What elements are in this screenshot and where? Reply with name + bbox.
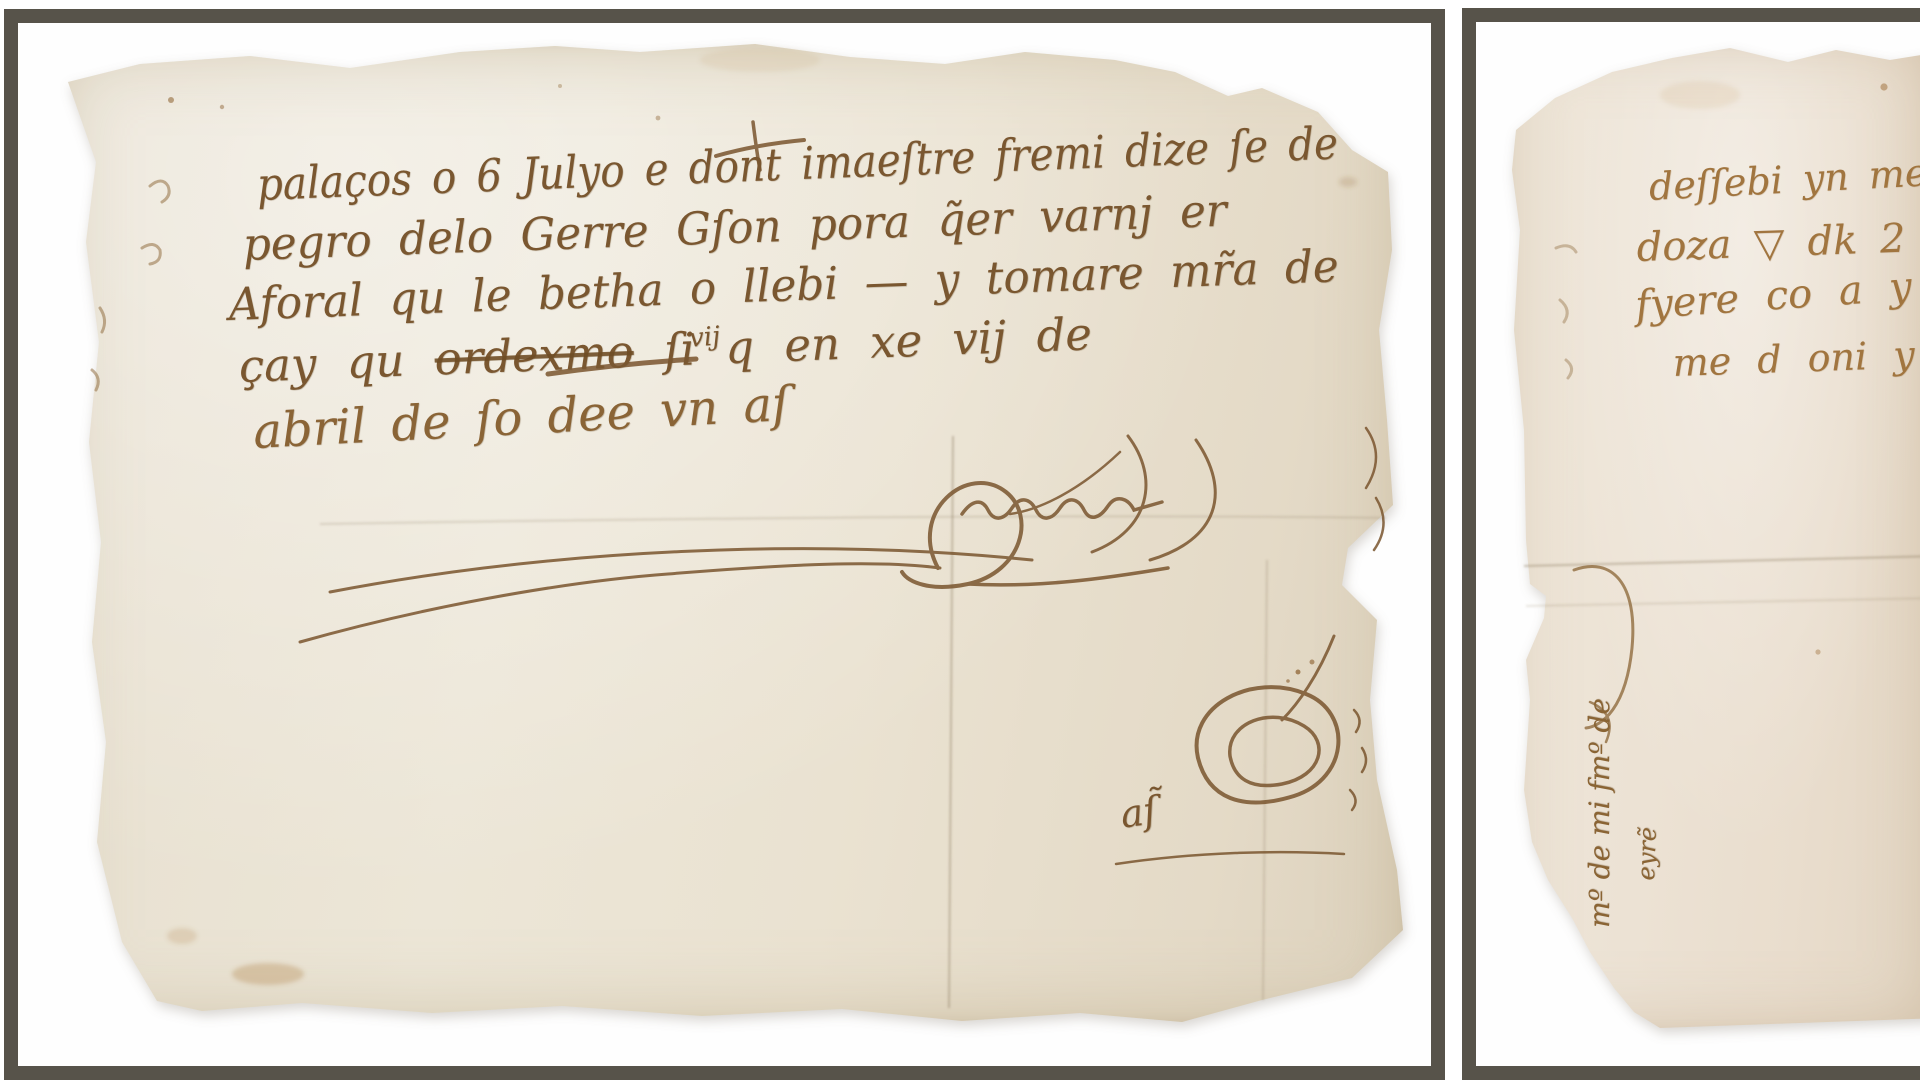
manuscript-right — [1500, 35, 1920, 1035]
manuscript-left-paper — [50, 40, 1410, 1025]
manuscript-photo-collage: palaços o 6 Julyo e dont imaeſtre fremi … — [0, 0, 1920, 1080]
manuscript-right-paper — [1500, 35, 1920, 1035]
manuscript-left — [50, 40, 1410, 1025]
